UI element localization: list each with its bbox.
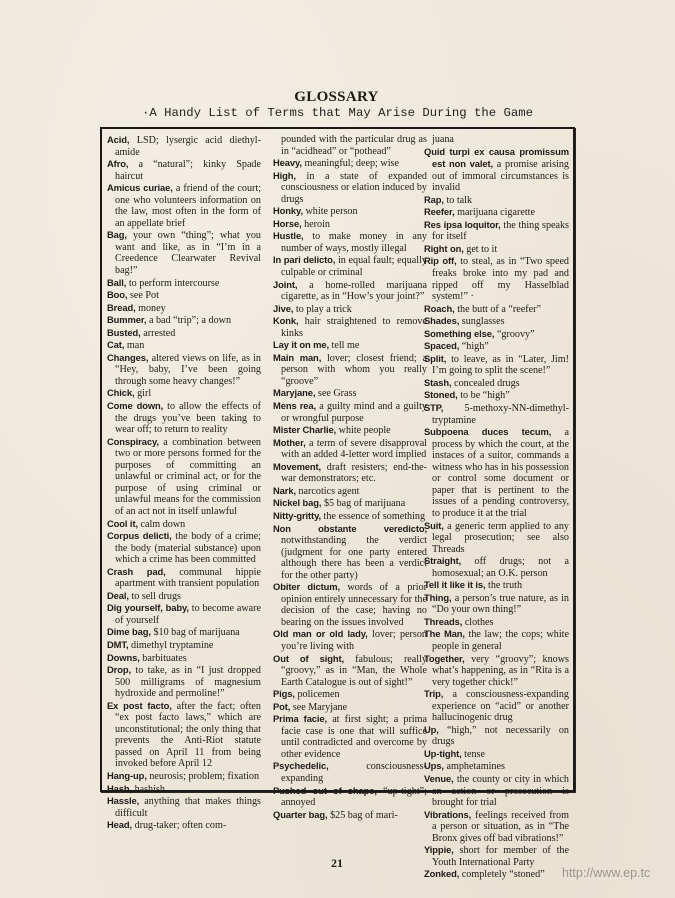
- glossary-entry: Cool it, calm down: [107, 518, 261, 531]
- glossary-term: Deal,: [107, 590, 129, 601]
- glossary-entry: Movement, draft resisters; end-the-war d…: [273, 461, 427, 485]
- glossary-term: The Man,: [424, 628, 465, 639]
- glossary-definition: drug-taker; often com-: [132, 820, 226, 831]
- glossary-term: Heavy,: [273, 157, 302, 168]
- glossary-entry: Spaced, “high”: [424, 340, 569, 353]
- glossary-definition: hashish: [132, 784, 165, 795]
- glossary-entry: Mother, a term of severe disapproval wit…: [273, 437, 427, 461]
- glossary-entry: Suit, a generic term applied to any lega…: [424, 520, 569, 556]
- glossary-term: Pigs,: [273, 688, 295, 699]
- glossary-term: Cat,: [107, 339, 124, 350]
- glossary-entry: Tell it like it is, the truth: [424, 579, 569, 592]
- glossary-term: Downs,: [107, 652, 140, 663]
- glossary-entry: Afro, a “natural”; kinky Spade haircut: [107, 158, 261, 182]
- glossary-term: Up-tight,: [424, 748, 462, 759]
- glossary-entry: Hustle, to make money in any number of w…: [273, 230, 427, 254]
- glossary-term: Jive,: [273, 303, 293, 314]
- glossary-term: High,: [273, 170, 296, 181]
- glossary-entry: Quid turpi ex causa promissum est non va…: [424, 146, 569, 194]
- glossary-term: Honky,: [273, 205, 303, 216]
- glossary-term: Thing,: [424, 592, 452, 603]
- glossary-entry: Hassle, anything that makes things diffi…: [107, 795, 261, 819]
- glossary-definition: $5 bag of marijuana: [321, 498, 405, 509]
- glossary-term: Shades,: [424, 315, 459, 326]
- glossary-entry: Reefer, marijuana cigarette: [424, 206, 569, 219]
- glossary-definition: arrested: [141, 328, 176, 339]
- glossary-term: Stash,: [424, 377, 452, 388]
- glossary-definition: clothes: [462, 617, 493, 628]
- glossary-term: Pushed out of shape,: [273, 785, 377, 796]
- glossary-term: Old man or old lady,: [273, 628, 368, 639]
- glossary-column-2: pounded with the particular drug as in “…: [273, 134, 427, 821]
- glossary-definition: get to it: [464, 244, 497, 255]
- glossary-term: Mister Charlie,: [273, 424, 336, 435]
- glossary-definition: $10 bag of marijuana: [151, 627, 240, 638]
- glossary-entry: Main man, lover; closest friend; a perso…: [273, 352, 427, 388]
- glossary-definition: “high,” not necessarily on drugs: [432, 725, 569, 748]
- glossary-definition: white people: [336, 425, 391, 436]
- page-number: 21: [331, 856, 343, 871]
- glossary-term: Dig yourself, baby,: [107, 602, 189, 613]
- glossary-definition: see Pot: [127, 290, 159, 301]
- glossary-term: Vibrations,: [424, 809, 471, 820]
- glossary-definition: “high”: [459, 341, 489, 352]
- glossary-definition: to talk: [444, 195, 472, 206]
- glossary-term: Movement,: [273, 461, 321, 472]
- glossary-entry: Together, very “groovy”; knows what’s ha…: [424, 653, 569, 689]
- page-title-text: GLOSSARY: [294, 89, 378, 106]
- glossary-entry: STP, 5-methoxy-NN-dimethyl-tryptamine: [424, 402, 569, 426]
- glossary-entry: Changes, altered views on life, as in “H…: [107, 352, 261, 388]
- glossary-entry: High, in a state of expanded consciousne…: [273, 170, 427, 206]
- glossary-definition: narcotics agent: [296, 486, 360, 497]
- glossary-term: Out of sight,: [273, 653, 344, 664]
- glossary-definition: 5-methoxy-NN-dimethyl-tryptamine: [432, 403, 569, 426]
- glossary-definition: notwithstanding the verdict (judgment fo…: [281, 535, 427, 581]
- glossary-entry: Rap, to talk: [424, 194, 569, 207]
- glossary-entry: Venue, the county or city in which an ac…: [424, 773, 569, 809]
- glossary-term: Subpoena duces tecum,: [424, 426, 551, 437]
- glossary-definition: after the fact; often “ex post facto law…: [115, 701, 261, 770]
- glossary-term: Psychedelic,: [273, 760, 329, 771]
- glossary-term: Boo,: [107, 289, 127, 300]
- glossary-term: Suit,: [424, 520, 444, 531]
- glossary-term: Rip off,: [424, 255, 457, 266]
- glossary-term: Hassle,: [107, 795, 139, 806]
- glossary-term: Dime bag,: [107, 626, 151, 637]
- glossary-definition: a “natural”; kinky Spade haircut: [115, 159, 261, 182]
- glossary-entry: Maryjane, see Grass: [273, 387, 427, 400]
- watermark-url: http://www.ep.tc: [562, 866, 650, 880]
- glossary-entry: Conspiracy, a combination between two or…: [107, 436, 261, 518]
- glossary-entry: Straight, off drugs; not a homosexual; a…: [424, 555, 569, 579]
- glossary-continuation: pounded with the particular drug as in “…: [273, 134, 427, 157]
- glossary-entry: Konk, hair straightened to remove kinks: [273, 315, 427, 339]
- glossary-term: DMT,: [107, 639, 128, 650]
- glossary-definition: see Maryjane: [290, 702, 347, 713]
- glossary-entry: DMT, dimethyl tryptamine: [107, 639, 261, 652]
- glossary-definition: meaningful; deep; wise: [302, 158, 399, 169]
- glossary-entry: Bag, your own “thing”; what you want and…: [107, 229, 261, 276]
- glossary-term: Together,: [424, 653, 465, 664]
- glossary-term: Res ipsa loquitor,: [424, 219, 501, 230]
- glossary-entry: Quarter bag, $25 bag of mari-: [273, 809, 427, 822]
- glossary-entry: Res ipsa loquitor, the thing speaks for …: [424, 219, 569, 243]
- glossary-entry: The Man, the law; the cops; white people…: [424, 628, 569, 652]
- glossary-term: Threads,: [424, 616, 462, 627]
- glossary-entry: Split, to leave, as in “Later, Jim! I’m …: [424, 353, 569, 377]
- glossary-term: Chick,: [107, 387, 135, 398]
- glossary-term: Joint,: [273, 279, 297, 290]
- glossary-term: Prima facie,: [273, 713, 327, 724]
- glossary-term: Corpus delicti,: [107, 530, 172, 541]
- glossary-term: Maryjane,: [273, 387, 315, 398]
- glossary-term: Up,: [424, 724, 439, 735]
- glossary-definition: girl: [135, 388, 152, 399]
- glossary-definition: policemen: [295, 689, 340, 700]
- glossary-entry: Pot, see Maryjane: [273, 701, 427, 714]
- glossary-definition: tell me: [329, 340, 359, 351]
- glossary-definition: calm down: [138, 519, 185, 530]
- glossary-entry: In pari delicto, in equal fault; equally…: [273, 254, 427, 278]
- glossary-term: Cool it,: [107, 518, 138, 529]
- glossary-entry: Deal, to sell drugs: [107, 590, 261, 603]
- glossary-term: Hustle,: [273, 230, 304, 241]
- glossary-entry: Hash, hashish: [107, 783, 261, 796]
- glossary-entry: Pigs, policemen: [273, 688, 427, 701]
- glossary-definition: neurosis; problem; fixation: [147, 771, 259, 782]
- glossary-term: Mens rea,: [273, 400, 316, 411]
- glossary-entry: Drop, to take, as in “I just dropped 500…: [107, 664, 261, 700]
- glossary-term: Hash,: [107, 783, 132, 794]
- glossary-definition: completely “stoned”: [459, 869, 544, 880]
- glossary-term: Nark,: [273, 485, 296, 496]
- glossary-term: STP,: [424, 402, 443, 413]
- glossary-definition: “groovy”: [494, 329, 534, 340]
- glossary-definition: concealed drugs: [452, 378, 520, 389]
- glossary-term: Zonked,: [424, 868, 459, 879]
- glossary-term: Pot,: [273, 701, 290, 712]
- glossary-term: Trip,: [424, 688, 443, 699]
- glossary-entry: Up-tight, tense: [424, 748, 569, 761]
- glossary-entry: Acid, LSD; lysergic acid diethyl-amide: [107, 134, 261, 158]
- glossary-entry: Stash, concealed drugs: [424, 377, 569, 390]
- glossary-term: Head,: [107, 819, 132, 830]
- glossary-entry: Right on, get to it: [424, 243, 569, 256]
- glossary-entry: Ex post facto, after the fact; often “ex…: [107, 700, 261, 770]
- glossary-definition: to perform intercourse: [126, 278, 219, 289]
- glossary-entry: Shades, sunglasses: [424, 315, 569, 328]
- glossary-definition: money: [136, 303, 166, 314]
- glossary-definition: white person: [303, 206, 358, 217]
- glossary-entry: Non obstante veredicto, notwithstanding …: [273, 523, 427, 582]
- glossary-entry: Something else, “groovy”: [424, 328, 569, 341]
- glossary-entry: Subpoena duces tecum, a process by which…: [424, 426, 569, 519]
- glossary-definition: hair straightened to remove kinks: [281, 316, 427, 339]
- glossary-term: Yippie,: [424, 844, 454, 855]
- glossary-entry: Old man or old lady, lover; person you’r…: [273, 628, 427, 652]
- glossary-entry: Busted, arrested: [107, 327, 261, 340]
- glossary-entry: Prima facie, at first sight; a prima fac…: [273, 713, 427, 760]
- glossary-entry: Nark, narcotics agent: [273, 485, 427, 498]
- glossary-entry: Roach, the butt of a “reefer”: [424, 303, 569, 316]
- glossary-entry: Nickel bag, $5 bag of marijuana: [273, 497, 427, 510]
- glossary-entry: Ups, amphetamines: [424, 760, 569, 773]
- glossary-box: Acid, LSD; lysergic acid diethyl-amideAf…: [100, 127, 575, 792]
- glossary-definition: the truth: [486, 580, 523, 591]
- glossary-term: Lay it on me,: [273, 339, 329, 350]
- glossary-entry: Cat, man: [107, 339, 261, 352]
- glossary-term: Non obstante veredicto,: [273, 523, 427, 534]
- glossary-definition: amphetamines: [444, 761, 505, 772]
- glossary-definition: to leave, as in “Later, Jim! I’m going t…: [432, 354, 569, 377]
- glossary-term: Nitty-gritty,: [273, 510, 321, 521]
- glossary-continuation: juana: [424, 134, 569, 146]
- glossary-term: Roach,: [424, 303, 455, 314]
- glossary-entry: Zonked, completely “stoned”: [424, 868, 569, 881]
- glossary-entry: Nitty-gritty, the essence of something: [273, 510, 427, 523]
- glossary-entry: Stoned, to be “high”: [424, 389, 569, 402]
- glossary-definition: $25 bag of mari-: [328, 810, 398, 821]
- glossary-entry: Horse, heroin: [273, 218, 427, 231]
- glossary-entry: Downs, barbituates: [107, 652, 261, 665]
- glossary-definition: a person’s true nature, as in “Do your o…: [432, 593, 569, 616]
- glossary-term: Changes,: [107, 352, 148, 363]
- glossary-definition: dimethyl tryptamine: [128, 640, 213, 651]
- glossary-term: Bummer,: [107, 314, 146, 325]
- glossary-definition: to take, as in “I just dropped 500 milli…: [115, 665, 261, 699]
- glossary-definition: in a state of expanded consciousness or …: [281, 171, 427, 205]
- glossary-entry: Out of sight, fabulous; really “groovy,”…: [273, 653, 427, 689]
- glossary-term: Tell it like it is,: [424, 579, 486, 590]
- page-title: GLOSSARY: [0, 89, 675, 106]
- glossary-term: Conspiracy,: [107, 436, 159, 447]
- glossary-term: Obiter dictum,: [273, 581, 340, 592]
- glossary-definition: a bad “trip”; a down: [146, 315, 231, 326]
- glossary-term: Acid,: [107, 134, 129, 145]
- glossary-entry: Dig yourself, baby, to become aware of y…: [107, 602, 261, 626]
- glossary-term: Bag,: [107, 229, 127, 240]
- glossary-term: Horse,: [273, 218, 302, 229]
- glossary-entry: Crash pad, communal hippie apartment wit…: [107, 566, 261, 590]
- glossary-term: Amicus curiae,: [107, 182, 173, 193]
- glossary-term: Reefer,: [424, 206, 455, 217]
- glossary-definition: a consciousness-expanding experience on …: [432, 689, 569, 723]
- glossary-entry: Joint, a home-rolled marijuana cigarette…: [273, 279, 427, 303]
- glossary-term: Ups,: [424, 760, 444, 771]
- glossary-entry: Rip off, to steal, as in “Two speed frea…: [424, 255, 569, 302]
- glossary-term: Drop,: [107, 664, 131, 675]
- glossary-entry: Mister Charlie, white people: [273, 424, 427, 437]
- glossary-term: Main man,: [273, 352, 321, 363]
- glossary-term: Nickel bag,: [273, 497, 321, 508]
- glossary-term: Venue,: [424, 773, 454, 784]
- glossary-entry: Up, “high,” not necessarily on drugs: [424, 724, 569, 748]
- glossary-entry: Honky, white person: [273, 205, 427, 218]
- glossary-definition: to make money in any number of ways, mos…: [281, 231, 427, 254]
- glossary-term: Come down,: [107, 400, 163, 411]
- glossary-definition: sunglasses: [459, 316, 504, 327]
- page-subtitle: ·A Handy List of Terms that May Arise Du…: [0, 106, 675, 120]
- glossary-entry: Come down, to allow the effects of the d…: [107, 400, 261, 436]
- glossary-entry: Ball, to perform intercourse: [107, 277, 261, 290]
- glossary-term: In pari delicto,: [273, 254, 335, 265]
- glossary-definition: to sell drugs: [129, 591, 181, 602]
- glossary-term: Busted,: [107, 327, 141, 338]
- glossary-definition: tense: [462, 749, 485, 760]
- glossary-entry: Yippie, short for member of the Youth In…: [424, 844, 569, 868]
- glossary-definition: a generic term applied to any legal pros…: [432, 521, 569, 555]
- glossary-term: Bread,: [107, 302, 136, 313]
- glossary-entry: Bread, money: [107, 302, 261, 315]
- glossary-entry: Psychedelic, consciousness-expanding: [273, 760, 427, 784]
- glossary-entry: Chick, girl: [107, 387, 261, 400]
- glossary-definition: see Grass: [315, 388, 356, 399]
- glossary-definition: LSD; lysergic acid diethyl-amide: [115, 135, 261, 158]
- glossary-term: Something else,: [424, 328, 494, 339]
- glossary-term: Ex post facto,: [107, 700, 172, 711]
- glossary-term: Crash pad,: [107, 566, 166, 577]
- glossary-entry: Jive, to play a trick: [273, 303, 427, 316]
- glossary-term: Afro,: [107, 158, 128, 169]
- glossary-column-3: juana Quid turpi ex causa promissum est …: [424, 134, 569, 881]
- glossary-definition: to be “high”: [458, 390, 510, 401]
- glossary-term: Right on,: [424, 243, 464, 254]
- glossary-entry: Heavy, meaningful; deep; wise: [273, 157, 427, 170]
- glossary-entry: Boo, see Pot: [107, 289, 261, 302]
- glossary-term: Quarter bag,: [273, 809, 328, 820]
- glossary-definition: man: [124, 340, 144, 351]
- glossary-definition: the butt of a “reefer”: [455, 304, 541, 315]
- glossary-term: Konk,: [273, 315, 299, 326]
- glossary-definition: your own “thing”; what you want and like…: [115, 230, 261, 276]
- glossary-definition: the essence of something: [321, 511, 425, 522]
- glossary-entry: Vibrations, feelings received from a per…: [424, 809, 569, 845]
- glossary-term: Stoned,: [424, 389, 458, 400]
- glossary-entry: Mens rea, a guilty mind and a guilty or …: [273, 400, 427, 424]
- glossary-entry: Dime bag, $10 bag of marijuana: [107, 626, 261, 639]
- glossary-entry: Thing, a person’s true nature, as in “Do…: [424, 592, 569, 616]
- glossary-term: Mother,: [273, 437, 306, 448]
- glossary-entry: Corpus delicti, the body of a crime; the…: [107, 530, 261, 566]
- glossary-definition: barbituates: [140, 653, 187, 664]
- glossary-definition: heroin: [302, 219, 330, 230]
- glossary-definition: to play a trick: [293, 304, 351, 315]
- glossary-term: Split,: [424, 353, 446, 364]
- glossary-term: Straight,: [424, 555, 461, 566]
- glossary-column-1: Acid, LSD; lysergic acid diethyl-amideAf…: [107, 134, 261, 832]
- glossary-entry: Trip, a consciousness-expanding experien…: [424, 688, 569, 724]
- glossary-definition: a home-rolled marijuana cigarette, as in…: [281, 280, 427, 303]
- glossary-term: Ball,: [107, 277, 126, 288]
- glossary-entry: Pushed out of shape, “up-tight”; annoyed: [273, 785, 427, 809]
- glossary-entry: Obiter dictum, words of a prior opinion …: [273, 581, 427, 628]
- glossary-definition: a process by which the court, at the ins…: [432, 427, 569, 519]
- glossary-term: Rap,: [424, 194, 444, 205]
- glossary-definition: a combination between two or more person…: [115, 437, 261, 517]
- glossary-definition: marijuana cigarette: [455, 207, 535, 218]
- glossary-entry: Hang-up, neurosis; problem; fixation: [107, 770, 261, 783]
- glossary-term: Spaced,: [424, 340, 459, 351]
- glossary-entry: Lay it on me, tell me: [273, 339, 427, 352]
- glossary-entry: Amicus curiae, a friend of the court; on…: [107, 182, 261, 229]
- glossary-entry: Bummer, a bad “trip”; a down: [107, 314, 261, 327]
- glossary-entry: Threads, clothes: [424, 616, 569, 629]
- glossary-entry: Head, drug-taker; often com-: [107, 819, 261, 832]
- glossary-term: Hang-up,: [107, 770, 147, 781]
